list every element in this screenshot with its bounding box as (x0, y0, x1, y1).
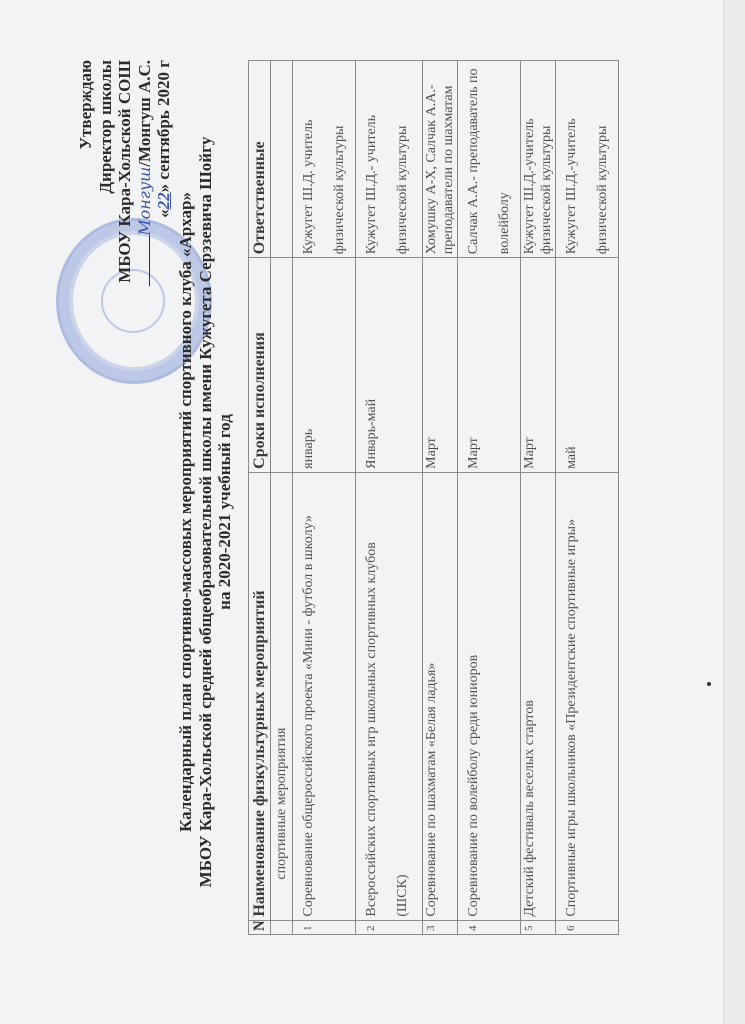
table-row: 4Соревнование по волейболу среди юниоров… (458, 61, 521, 935)
events-table: № Наименование физкультурных мероприятий… (248, 60, 619, 935)
document-title: Календарный план спортивно-массовых меро… (176, 0, 235, 1024)
table-row: 1Соревнование общероссийского проекта «М… (293, 61, 356, 935)
title-line-1: Календарный план спортивно-массовых меро… (176, 0, 196, 1024)
event-responsible: Кужугет Ш.Д. учительфизической культуры (293, 61, 356, 258)
event-responsible: Кужугет Ш.Д.-учительфизической культуры (556, 61, 619, 258)
event-name: Соревнование по волейболу среди юниоров (458, 472, 521, 920)
event-date: Январь-май (356, 258, 423, 473)
row-number: 5 (521, 920, 556, 934)
approval-line-1: Утверждаю (76, 60, 96, 286)
row-number: 1 (293, 920, 356, 934)
event-name: Детский фестиваль веселых стартов (521, 472, 556, 920)
header-name: Наименование физкультурных мероприятий (249, 472, 271, 920)
event-date: январь (293, 258, 356, 473)
header-date: Сроки исполнения (249, 258, 271, 473)
approval-line-3: МБОУ Кара-Хольской СОШ (115, 60, 135, 286)
row-number: 6 (556, 920, 619, 934)
event-responsible: Хомушку А-Х, Салчак А.А.-преподаватели п… (423, 61, 458, 258)
event-date: Март (423, 258, 458, 473)
section-row: спортивные мероприятия (271, 61, 293, 935)
event-name: Спортивные игры школьников «Президентски… (556, 472, 619, 920)
approval-signature-line: Монгуш/Монгуш А.С. (135, 60, 155, 286)
title-line-3: на 2020-2021 учебный год (215, 0, 235, 1024)
document-page: Утверждаю Директор школы МБОУ Кара-Хольс… (0, 0, 745, 1024)
event-name: Всероссийских спортивных игр школьных сп… (356, 472, 423, 920)
section-title: спортивные мероприятия (271, 472, 293, 920)
approval-line-2: Директор школы (96, 60, 116, 286)
event-responsible: Салчак А.А.- преподаватель поволейболу (458, 61, 521, 258)
table-header-row: № Наименование физкультурных мероприятий… (249, 61, 271, 935)
row-number: 2 (356, 920, 423, 934)
signature: Монгуш (135, 167, 154, 236)
approval-block: Утверждаю Директор школы МБОУ Кара-Хольс… (76, 60, 174, 286)
header-num: № (249, 920, 271, 934)
table-row: 3Соревнование по шахматам «Белая ладья»М… (423, 61, 458, 935)
table-row: 6Спортивные игры школьников «Президентск… (556, 61, 619, 935)
approval-date: «22» сентябрь 2020 г (154, 60, 174, 286)
event-name: Соревнование по шахматам «Белая ладья» (423, 472, 458, 920)
event-date: Март (521, 258, 556, 473)
table-row: 2Всероссийских спортивных игр школьных с… (356, 61, 423, 935)
event-date: май (556, 258, 619, 473)
table-row: 5Детский фестиваль веселых стартовМартКу… (521, 61, 556, 935)
row-number: 4 (458, 920, 521, 934)
title-line-2: МБОУ Кара-Хольской средней общеобразоват… (196, 0, 216, 1024)
event-name: Соревнование общероссийского проекта «Ми… (293, 472, 356, 920)
event-responsible: Кужугет Ш.Д.- учительфизической культуры (356, 61, 423, 258)
event-responsible: Кужугет Ш.Д.-учительфизической культуры (521, 61, 556, 258)
row-number: 3 (423, 920, 458, 934)
event-date: Март (458, 258, 521, 473)
header-responsible: Ответственные (249, 61, 271, 258)
